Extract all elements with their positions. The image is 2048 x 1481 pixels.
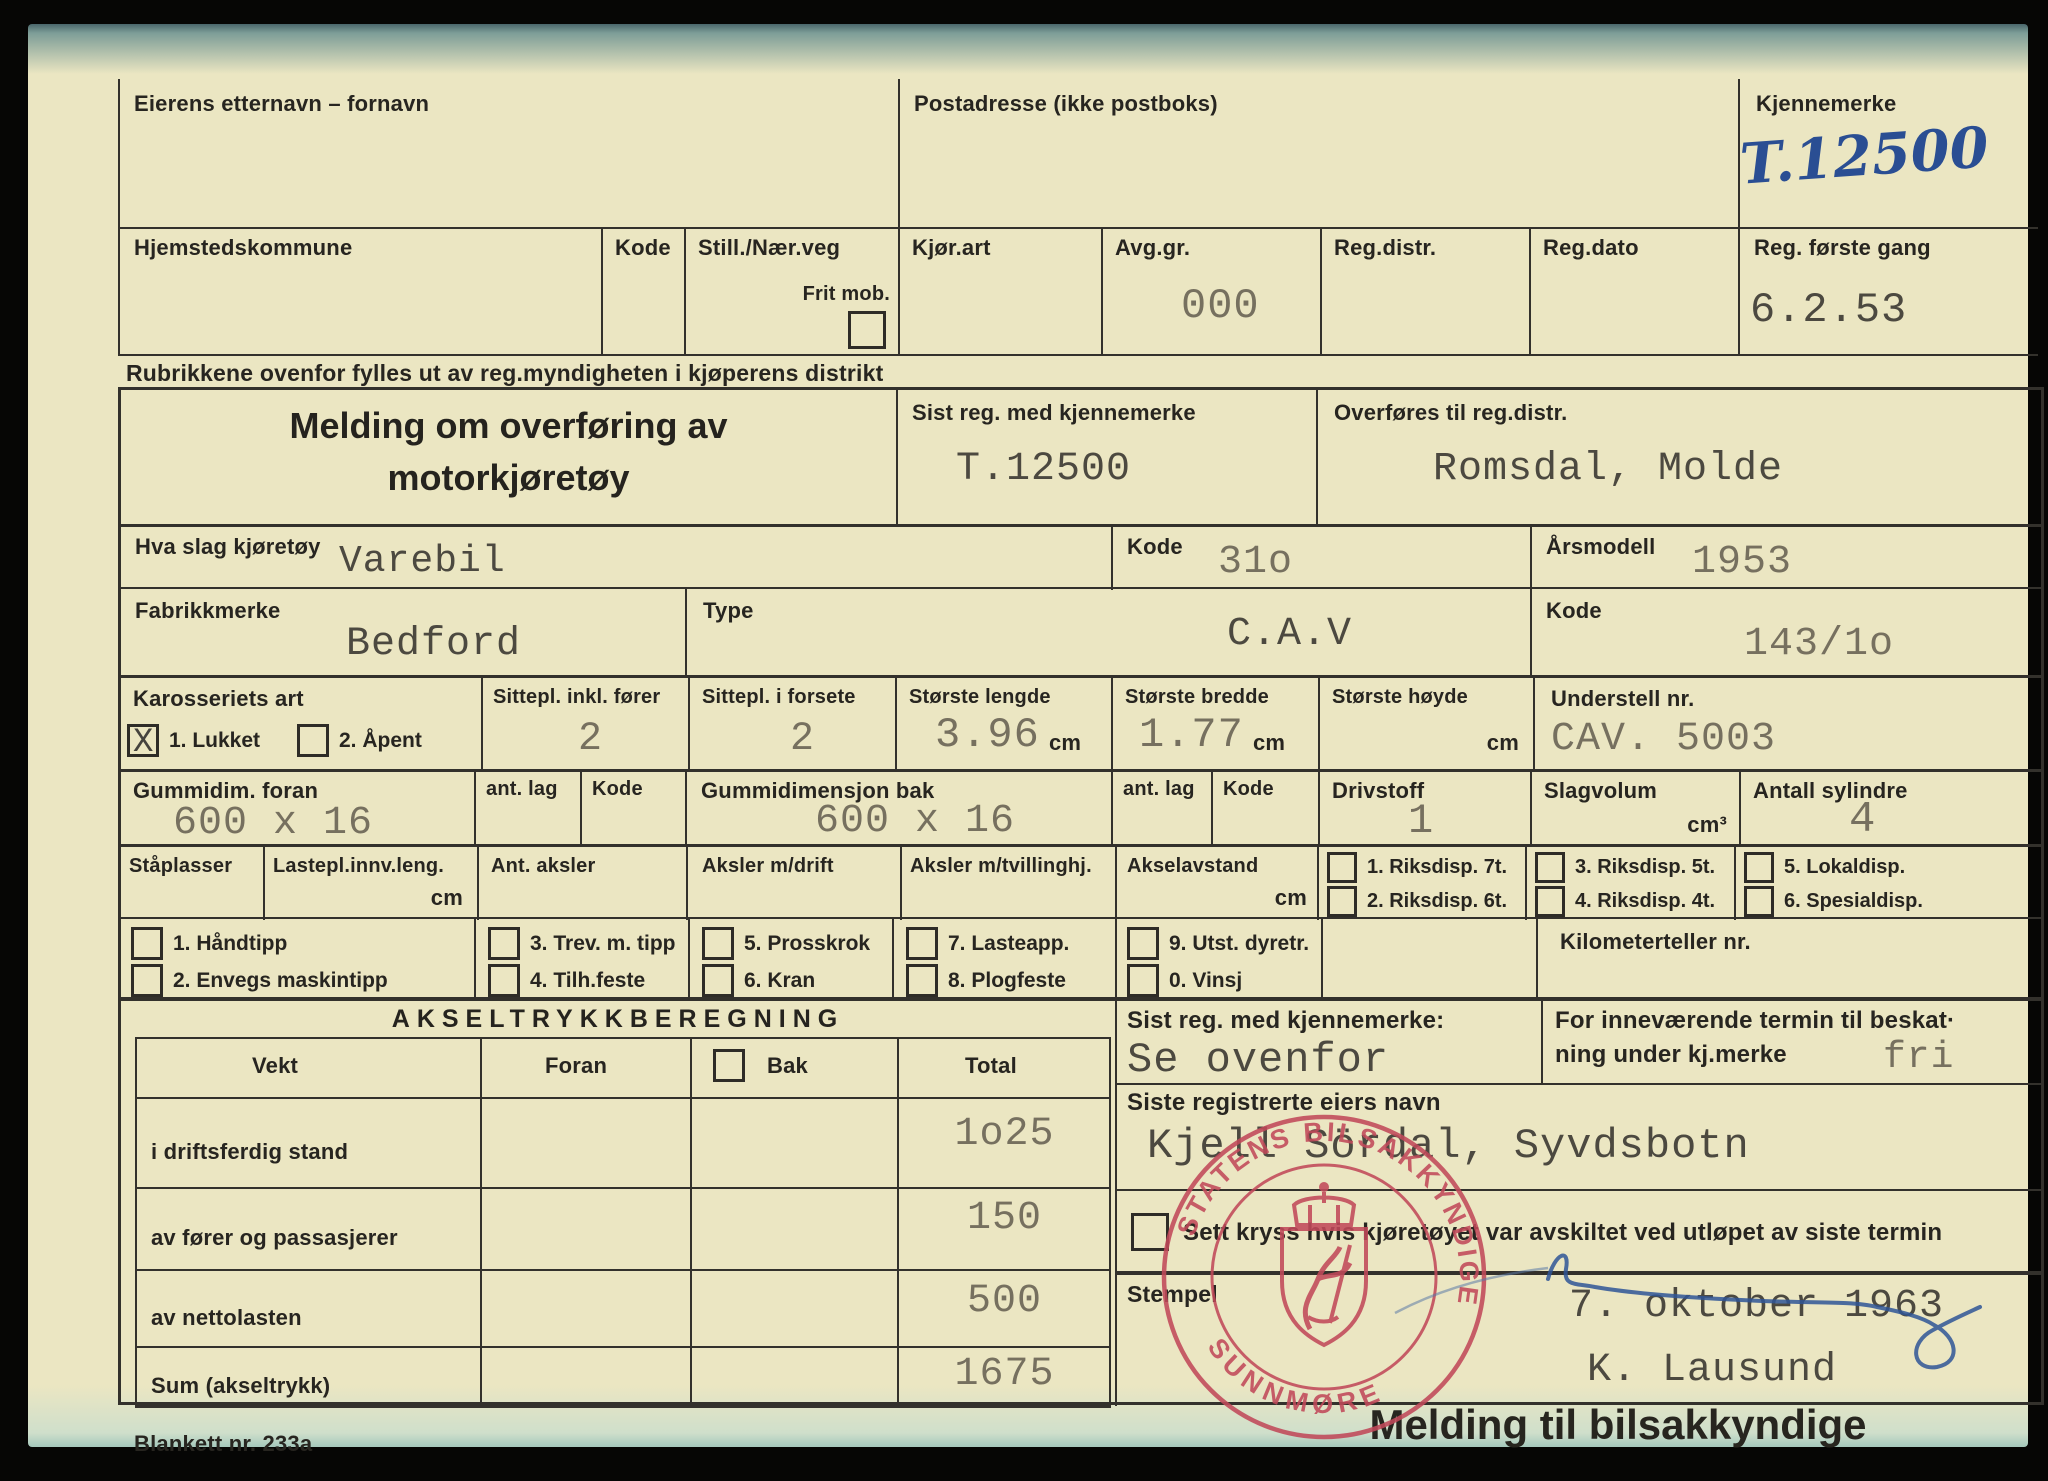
blankett-number: Blankett nr. 233a: [134, 1431, 312, 1456]
field-ply-rear: ant. lag: [1111, 772, 1213, 847]
col-foran: Foran: [545, 1053, 607, 1078]
axle-table-title: AKSELTRYKKBEREGNING: [121, 1005, 1115, 1034]
riksdisp5-checkbox[interactable]: [1535, 852, 1565, 883]
antlag-rear-label: ant. lag: [1123, 778, 1195, 801]
slag-label: Slagvolum: [1544, 778, 1657, 803]
field-dispensation-col1: 1. Riksdisp. 7t. 2. Riksdisp. 6t.: [1317, 847, 1527, 920]
table-divider: [897, 1039, 899, 1405]
lastepl-label: Lastepl.innv.leng.: [273, 855, 444, 878]
body-open-checkbox[interactable]: [297, 724, 329, 757]
spesialdisp-label: 6. Spesialdisp.: [1784, 890, 1923, 913]
field-twin-wheel-axles: Aksler m/tvillinghj.: [900, 847, 1117, 920]
prosskrok-label: 5. Prosskrok: [744, 932, 870, 956]
akselavstand-unit: cm: [1275, 885, 1307, 910]
overfores-label: Overføres til reg.distr.: [1334, 400, 1567, 425]
stempel-label: Stempel: [1127, 1281, 1218, 1307]
handtipp-checkbox[interactable]: [131, 927, 163, 960]
hva-value: Varebil: [339, 543, 506, 581]
document-subtitle: Melding til bilsakkyndige: [1298, 1401, 1938, 1449]
equip-col6-empty: [1321, 919, 1538, 999]
row-title: Melding om overføring av motorkjøretøy S…: [121, 390, 2041, 524]
antlag-front-label: ant. lag: [486, 778, 558, 801]
length-label: Største lengde: [909, 686, 1051, 709]
riksdisp4-label: 4. Riksdisp. 4t.: [1575, 890, 1715, 913]
axle-row-label: Sum (akseltrykk): [151, 1373, 330, 1398]
kode-rear-label: Kode: [1223, 778, 1274, 801]
row-sistreg-termin: Sist reg. med kjennemerke: Se ovenfor Fo…: [1117, 1001, 2043, 1085]
frit-mob-label: Frit mob.: [803, 283, 890, 306]
code-label: Kode: [615, 235, 671, 260]
field-seats-total: Sittepl. inkl. fører 2: [481, 678, 690, 772]
field-standing-places: Ståplasser: [121, 847, 263, 920]
kode2-label: Kode: [1546, 598, 1602, 623]
form-title-line1: Melding om overføring av: [121, 400, 896, 452]
field-postal-address: Postadresse (ikke postboks): [898, 79, 1740, 227]
axle-row-label: i driftsferdig stand: [151, 1139, 348, 1164]
equip-col2: 3. Trev. m. tipp 4. Tilh.feste: [474, 919, 690, 999]
field-municipality-code: Kode: [601, 227, 686, 354]
field-odometer: Kilometerteller nr.: [1536, 919, 2037, 999]
regforste-value: 6.2.53: [1750, 289, 1907, 331]
trevtipp-checkbox[interactable]: [488, 927, 520, 960]
riksdisp6-checkbox[interactable]: [1327, 886, 1357, 917]
maskintipp-label: 2. Envegs maskintipp: [173, 969, 388, 993]
row-stamp-signature: Stempel 7. oktober 1963 K. Lausund: [1117, 1275, 2043, 1406]
field-owner-name: Eierens etternavn – fornavn: [120, 79, 898, 227]
tyrer-value: 600 x 16: [815, 802, 1015, 842]
riksdisp4-checkbox[interactable]: [1535, 886, 1565, 917]
vinsj-checkbox[interactable]: [1127, 964, 1159, 997]
table-divider: [690, 1039, 692, 1405]
termin-value: fri: [1883, 1039, 1954, 1077]
field-tyres-front: Gummidim. foran 600 x 16: [121, 772, 474, 847]
riksdisp5-label: 3. Riksdisp. 5t.: [1575, 856, 1715, 879]
row-axles: Ståplasser Lastepl.innv.leng. cm Ant. ak…: [121, 844, 2041, 920]
akslertvil-label: Aksler m/tvillinghj.: [910, 855, 1092, 878]
handtipp-label: 1. Håndtipp: [173, 932, 287, 956]
form-title-cell: Melding om overføring av motorkjøretøy: [121, 390, 896, 524]
kode1-label: Kode: [1127, 534, 1183, 559]
lasteapp-label: 7. Lasteapp.: [948, 932, 1069, 956]
row-equipment: 1. Håndtipp 2. Envegs maskintipp 3. Trev…: [121, 917, 2041, 999]
seats-label: Sittepl. inkl. fører: [493, 686, 660, 709]
field-termin: For inneværende termin til beskat· ning …: [1541, 1001, 2045, 1083]
cyl-value: 4: [1849, 798, 1876, 842]
field-make-code: Kode 143/1o: [1530, 589, 2037, 677]
sistreg-label: Sist reg. med kjennemerke: [912, 400, 1196, 425]
field-displacement: Slagvolum cm³: [1530, 772, 1741, 847]
field-sistreg-bottom: Sist reg. med kjennemerke: Se ovenfor: [1117, 1001, 1541, 1083]
field-body-type: Karosseriets art 1. Lukket X 2. Åpent: [121, 678, 481, 772]
row-bottom: AKSELTRYKKBEREGNING Vek: [121, 997, 2041, 1406]
municipality-label: Hjemstedskommune: [134, 235, 352, 260]
maskintipp-checkbox[interactable]: [131, 964, 163, 997]
still-label: Still./Nær.veg: [698, 235, 840, 260]
deregistered-label: Sett kryss hvis kjøretøyet var avskiltet…: [1183, 1219, 1942, 1247]
type-value: C.A.V: [1227, 615, 1352, 655]
chassis-label: Understell nr.: [1551, 686, 1694, 711]
row-owner: Eierens etternavn – fornavn Postadresse …: [118, 79, 2038, 229]
overfores-value: Romsdal, Molde: [1433, 450, 1783, 490]
last-owner-label: Siste registrerte eiers navn: [1127, 1089, 1441, 1117]
kjorart-label: Kjør.art: [912, 235, 991, 260]
cyl-label: Antall sylindre: [1753, 778, 1908, 803]
kode1-value: 31o: [1218, 543, 1293, 583]
riksdisp7-label: 1. Riksdisp. 7t.: [1367, 856, 1507, 879]
plate-handwritten-value: T.12500: [1738, 114, 1991, 197]
width-unit: cm: [1253, 730, 1285, 755]
kran-label: 6. Kran: [744, 969, 815, 993]
field-driven-axles: Aksler m/drift: [686, 847, 902, 920]
body-closed-mark: X: [133, 726, 154, 760]
kran-checkbox[interactable]: [702, 964, 734, 997]
bak-checkbox[interactable]: [713, 1049, 745, 1082]
riksdisp7-checkbox[interactable]: [1327, 852, 1357, 883]
axle-row-total: 500: [912, 1282, 1097, 1322]
staa-label: Ståplasser: [129, 855, 232, 878]
avggr-label: Avg.gr.: [1115, 235, 1190, 260]
equip-col4: 7. Lasteapp. 8. Plogfeste: [892, 919, 1117, 999]
row-registration: Hjemstedskommune Kode Still./Nær.veg Fri…: [118, 227, 2038, 356]
field-reg-first-time: Reg. første gang 6.2.53: [1738, 227, 2042, 354]
body-label: Karosseriets art: [133, 686, 304, 711]
akslerdrift-label: Aksler m/drift: [702, 855, 834, 878]
row-vehicle-kind: Hva slag kjøretøy Varebil Kode 31o Årsmo…: [121, 524, 2041, 590]
height-unit: cm: [1487, 730, 1519, 755]
year-value: 1953: [1692, 543, 1792, 583]
vinsj-label: 0. Vinsj: [1169, 969, 1242, 993]
tyref-value: 600 x 16: [173, 804, 373, 844]
equip-col5: 9. Utst. dyretr. 0. Vinsj: [1115, 919, 1323, 999]
regforste-label: Reg. første gang: [1754, 235, 1931, 260]
riksdisp6-label: 2. Riksdisp. 6t.: [1367, 890, 1507, 913]
field-driving-type: Kjør.art: [898, 227, 1103, 354]
row-body-dimensions: Karosseriets art 1. Lukket X 2. Åpent Si…: [121, 675, 2041, 772]
bottom-right-pane: Sist reg. med kjennemerke: Se ovenfor Fo…: [1115, 1001, 2043, 1406]
field-reg-district: Reg.distr.: [1320, 227, 1531, 354]
row-last-owner: Siste registrerte eiers navn Kjell Sörda…: [1117, 1083, 2043, 1191]
seats-value: 2: [578, 720, 603, 760]
frontseats-label: Sittepl. i forsete: [702, 686, 856, 709]
km-label: Kilometerteller nr.: [1560, 929, 1751, 954]
make-value: Bedford: [346, 625, 521, 665]
signer-name: K. Lausund: [1587, 1351, 1837, 1391]
sistreg-bottom-label: Sist reg. med kjennemerke:: [1127, 1007, 1444, 1035]
chassis-value: CAV. 5003: [1551, 720, 1776, 760]
field-position-road: Still./Nær.veg Frit mob.: [684, 227, 900, 354]
prosskrok-checkbox[interactable]: [702, 927, 734, 960]
field-fuel: Drivstoff 1: [1318, 772, 1532, 847]
field-max-width: Største bredde 1.77 cm: [1111, 678, 1320, 772]
col-bak: Bak: [767, 1053, 808, 1078]
body-open-label: 2. Åpent: [339, 729, 422, 753]
table-divider: [137, 1097, 1109, 1099]
plogfeste-label: 8. Plogfeste: [948, 969, 1066, 993]
table-divider: [137, 1346, 1109, 1348]
axle-row-total: 1675: [912, 1355, 1097, 1395]
last-owner-value: Kjell Sördal, Syvdsbotn: [1147, 1125, 1750, 1167]
year-label: Årsmodell: [1546, 534, 1655, 559]
axle-row-total: 150: [912, 1199, 1097, 1239]
date-value: 7. oktober 1963: [1569, 1287, 1944, 1327]
body-closed-label: 1. Lukket: [169, 729, 260, 753]
akselavstand-label: Akselavstand: [1127, 855, 1258, 878]
width-label: Største bredde: [1125, 686, 1269, 709]
field-ply-rear-code: Kode: [1211, 772, 1320, 847]
field-vehicle-code: Kode 31o: [1111, 527, 1532, 590]
axle-row-label: av nettolasten: [151, 1305, 302, 1330]
dyretr-checkbox[interactable]: [1127, 927, 1159, 960]
field-tyres-rear: Gummidimensjon bak 600 x 16: [685, 772, 1113, 847]
frit-mob-checkbox[interactable]: [848, 311, 886, 349]
width-value: 1.77: [1139, 714, 1244, 756]
kode-front-label: Kode: [592, 778, 643, 801]
field-seats-front: Sittepl. i forsete 2: [688, 678, 897, 772]
field-axle-count: Ant. aksler: [477, 847, 688, 920]
regdistr-label: Reg.distr.: [1334, 235, 1436, 260]
field-chassis-number: Understell nr. CAV. 5003: [1533, 678, 2037, 772]
regdato-label: Reg.dato: [1543, 235, 1639, 260]
postal-address-label: Postadresse (ikke postboks): [914, 91, 1218, 116]
sistreg-bottom-value: Se ovenfor: [1127, 1039, 1389, 1081]
tilhfeste-checkbox[interactable]: [488, 964, 520, 997]
lokaldisp-checkbox[interactable]: [1744, 852, 1774, 883]
field-reg-date: Reg.dato: [1529, 227, 1740, 354]
lastepl-unit: cm: [431, 885, 463, 910]
tyref-label: Gummidim. foran: [133, 778, 318, 803]
type-label: Type: [703, 598, 754, 623]
field-max-length: Største lengde 3.96 cm: [895, 678, 1113, 772]
avggr-value: 000: [1181, 285, 1260, 327]
axle-row-total: 1o25: [912, 1115, 1097, 1155]
field-make: Fabrikkmerke Bedford: [121, 589, 685, 677]
table-divider: [480, 1039, 482, 1405]
hva-label: Hva slag kjøretøy: [135, 534, 321, 559]
axle-table-pane: AKSELTRYKKBEREGNING Vek: [121, 1001, 1115, 1406]
field-max-height: Største høyde cm: [1318, 678, 1535, 772]
make-label: Fabrikkmerke: [135, 598, 281, 623]
row-tyres-engine: Gummidim. foran 600 x 16 ant. lag Kode G…: [121, 769, 2041, 847]
length-value: 3.96: [935, 714, 1040, 756]
registration-form: Eierens etternavn – fornavn Postadresse …: [118, 79, 2038, 1429]
length-unit: cm: [1049, 730, 1081, 755]
equip-col1: 1. Håndtipp 2. Envegs maskintipp: [121, 919, 474, 999]
trevtipp-label: 3. Trev. m. tipp: [530, 932, 675, 956]
dyretr-label: 9. Utst. dyretr.: [1169, 932, 1309, 956]
field-ply-front-code: Kode: [580, 772, 687, 847]
field-ply-front: ant. lag: [474, 772, 582, 847]
lokaldisp-label: 5. Lokaldisp.: [1784, 856, 1905, 879]
form-title-line2: motorkjøretøy: [121, 452, 896, 504]
field-last-registered-plate: Sist reg. med kjennemerke T.12500: [896, 390, 1318, 524]
field-transferred-to: Overføres til reg.distr. Romsdal, Molde: [1316, 390, 2037, 524]
field-model-year: Årsmodell 1953: [1530, 527, 2037, 590]
owner-name-label: Eierens etternavn – fornavn: [134, 91, 429, 116]
field-fee-group: Avg.gr. 000: [1101, 227, 1322, 354]
field-wheelbase: Akselavstand cm: [1115, 847, 1319, 920]
field-cylinders: Antall sylindre 4: [1739, 772, 2037, 847]
table-divider: [137, 1187, 1109, 1189]
tilhfeste-label: 4. Tilh.feste: [530, 969, 645, 993]
plate-label: Kjennemerke: [1756, 91, 1896, 116]
termin-label-line1: For inneværende termin til beskat·: [1555, 1007, 1955, 1035]
antaksler-label: Ant. aksler: [491, 855, 595, 878]
row-deregistered: Sett kryss hvis kjøretøyet var avskiltet…: [1117, 1189, 2043, 1275]
field-dispensation-col3: 5. Lokaldisp. 6. Spesialdisp.: [1734, 847, 2037, 920]
main-form-box: Melding om overføring av motorkjøretøy S…: [118, 387, 2044, 1405]
spesialdisp-checkbox[interactable]: [1744, 886, 1774, 917]
axle-row-label: av fører og passasjerer: [151, 1225, 398, 1250]
kode2-value: 143/1o: [1744, 625, 1894, 665]
fuel-value: 1: [1408, 800, 1434, 842]
termin-label-line2: ning under kj.merke: [1555, 1041, 1787, 1069]
deregistered-checkbox[interactable]: [1131, 1213, 1169, 1251]
lasteapp-checkbox[interactable]: [906, 927, 938, 960]
field-type: Type C.A.V: [685, 589, 1532, 677]
field-load-length: Lastepl.innv.leng. cm: [263, 847, 479, 920]
field-dispensation-col2: 3. Riksdisp. 5t. 4. Riksdisp. 4t.: [1525, 847, 1736, 920]
sistreg-value: T.12500: [956, 450, 1131, 490]
scanned-document: Eierens etternavn – fornavn Postadresse …: [0, 0, 2048, 1481]
field-plate-number: Kjennemerke T.12500: [1738, 79, 2042, 227]
row-make-type: Fabrikkmerke Bedford Type C.A.V Kode 143…: [121, 587, 2041, 677]
equip-col3: 5. Prosskrok 6. Kran: [688, 919, 894, 999]
frontseats-value: 2: [790, 720, 815, 760]
table-divider: [137, 1269, 1109, 1271]
col-vekt: Vekt: [252, 1053, 298, 1078]
field-vehicle-kind: Hva slag kjøretøy Varebil: [121, 527, 1111, 590]
axle-table: Vekt Foran Bak Total i driftsferdig stan…: [135, 1037, 1111, 1408]
field-municipality: Hjemstedskommune: [120, 227, 601, 354]
plogfeste-checkbox[interactable]: [906, 964, 938, 997]
height-label: Største høyde: [1332, 686, 1468, 709]
instruction-note: Rubrikkene ovenfor fylles ut av reg.mynd…: [126, 360, 883, 386]
slag-unit: cm³: [1687, 812, 1727, 837]
col-total: Total: [965, 1053, 1017, 1078]
form-card: Eierens etternavn – fornavn Postadresse …: [28, 24, 2028, 1447]
